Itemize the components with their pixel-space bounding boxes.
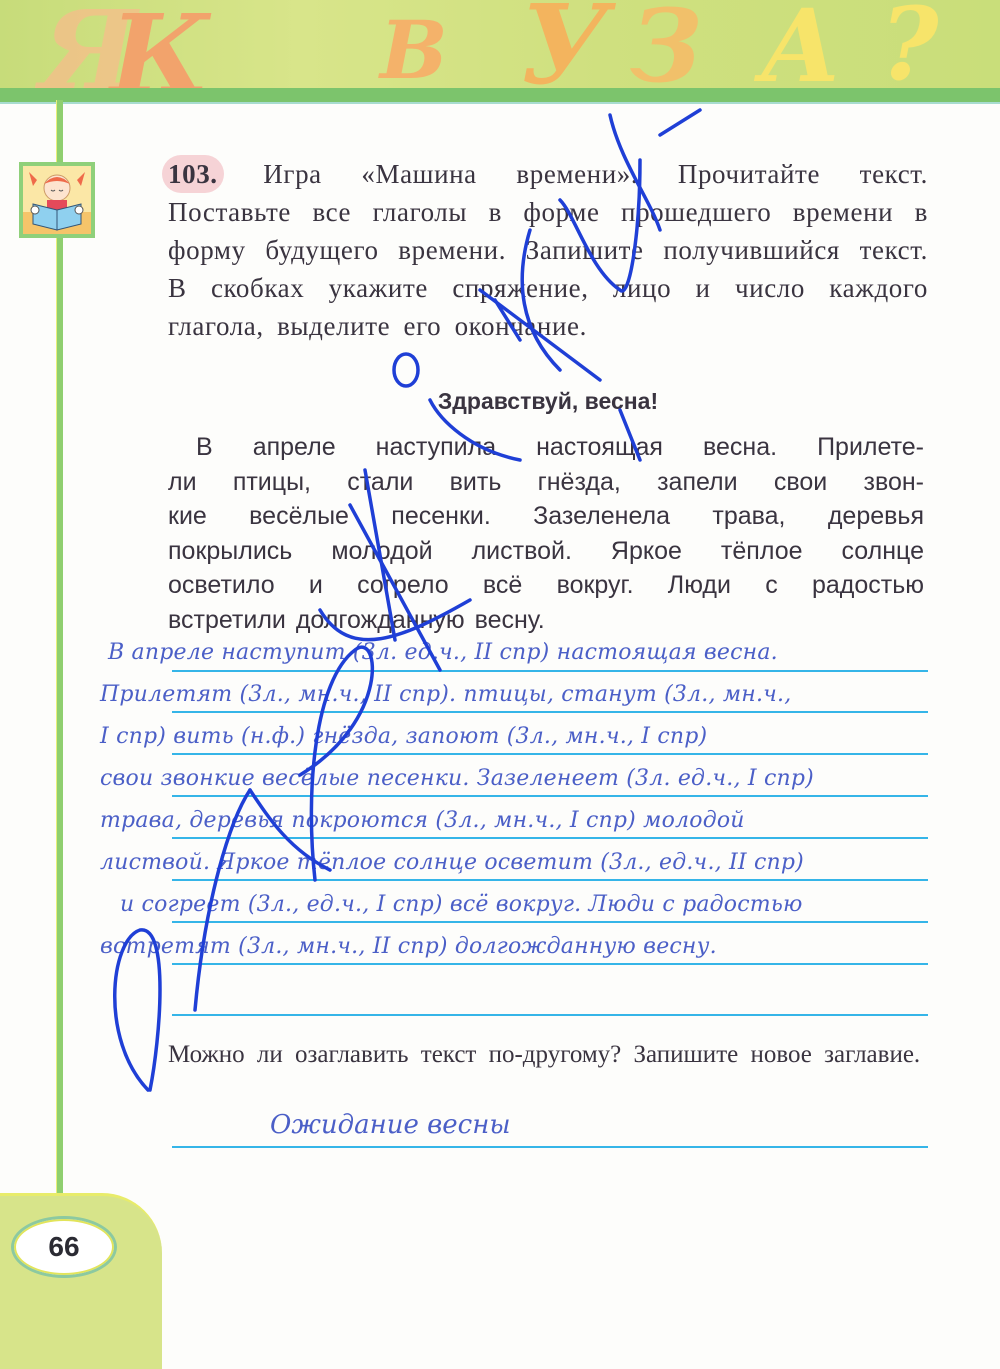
decorative-banner: Я К В У З А ?: [0, 0, 1000, 92]
story-line: ли птицы, стали вить гнёзда, запели свои…: [168, 465, 924, 500]
banner-stripe: [0, 88, 1000, 104]
margin-rule: [56, 100, 63, 1240]
story-title: Здравствуй, весна!: [168, 388, 928, 415]
follow-up-question: Можно ли озаглавить текст по-другому? За…: [168, 1040, 928, 1070]
instruction-text: Игра «Машина времени». Прочитайте текст.…: [168, 159, 928, 341]
girl-reading-icon: [19, 162, 95, 238]
handwritten-line: В апреле наступит (3л. ед.ч., II спр) на…: [108, 640, 778, 665]
exercise-instruction: 103. Игра «Машина времени». Прочитайте т…: [168, 155, 928, 345]
banner-letter: З: [630, 0, 702, 92]
handwritten-line: I спр) вить (н.ф.) гнёзда, запоют (3л., …: [100, 724, 707, 749]
story-line: кие весёлые песенки. Зазеленела трава, д…: [168, 499, 924, 534]
banner-letter: К: [110, 0, 210, 92]
banner-letter: У: [520, 0, 609, 92]
handwritten-line: свои звонкие весёлые песенки. Зазеленеет…: [100, 766, 814, 791]
banner-letter: ?: [880, 0, 939, 92]
writing-line: [172, 837, 928, 839]
page-number: 66: [11, 1216, 117, 1278]
writing-line: [172, 670, 928, 672]
story-line: В апреле наступила настоящая весна. Прил…: [196, 430, 924, 465]
handwritten-new-title: Ожидание весны: [270, 1110, 511, 1140]
writing-line: [172, 795, 928, 797]
writing-line: [172, 921, 928, 923]
banner-letter: В: [380, 10, 448, 90]
story-line: осветило и согрело всё вокруг. Люди с ра…: [168, 568, 924, 603]
writing-line: [172, 1014, 928, 1016]
handwritten-line: трава, деревья покроются (3л., мн.ч., I …: [100, 808, 745, 833]
exercise-number: 103.: [162, 155, 224, 193]
handwritten-line: и согреет (3л., ед.ч., I спр) всё вокруг…: [120, 892, 803, 917]
writing-line: [172, 753, 928, 755]
story-line: покрылись молодой листвой. Яркое тёплое …: [168, 534, 924, 569]
handwritten-line: встретят (3л., мн.ч., II спр) долгожданн…: [100, 934, 717, 959]
story-line: встретили долгожданную весну.: [168, 603, 924, 638]
writing-line: [172, 879, 928, 881]
banner-letter: А: [760, 0, 841, 92]
writing-line: [172, 711, 928, 713]
handwritten-line: Прилетят (3л., мн.ч., II спр). птицы, ст…: [100, 682, 791, 707]
writing-line: [172, 963, 928, 965]
story-text: В апреле наступила настоящая весна. Прил…: [196, 430, 924, 637]
writing-line: [172, 1146, 928, 1148]
handwritten-line: листвой. Яркое тёплое солнце осветит (3л…: [100, 850, 804, 875]
